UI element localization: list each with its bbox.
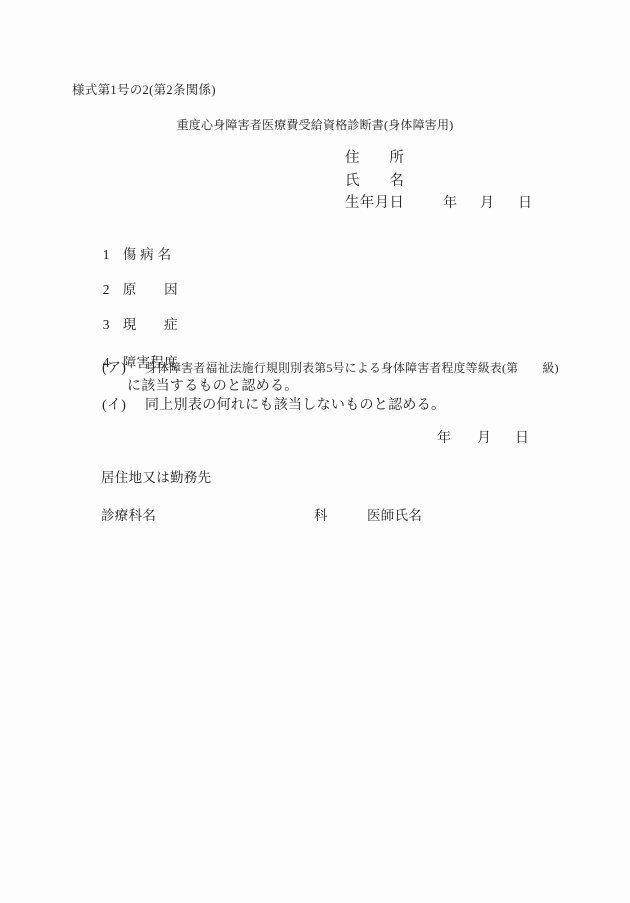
item-number-2: 2	[103, 282, 123, 298]
name-label: 氏 名	[345, 173, 404, 190]
option-a-marker: (ア)	[102, 361, 126, 377]
date-year-label: 年	[437, 431, 451, 447]
residence-label: 居住地又は勤務先	[101, 470, 211, 486]
birthdate-month-label: 月	[480, 196, 494, 212]
doctor-name-label: 医師氏名	[367, 508, 422, 524]
document-title: 重度心身障害者医療費受給資格診断書(身体障害用)	[0, 119, 630, 133]
option-b-text-line1: 同上別表の何れにも該当しないものと認める。	[145, 398, 445, 414]
item-label-cause: 原 因	[123, 282, 178, 297]
birthdate-day-label: 日	[518, 196, 532, 212]
item-number-3: 3	[103, 317, 123, 333]
date-day-label: 日	[515, 431, 529, 447]
address-label: 住 所	[345, 150, 404, 167]
item-number-1: 1	[103, 247, 123, 263]
department-unit-label: 科	[314, 508, 328, 524]
option-a-text-line1: 身体障害者福祉法施行規則別表第5号による身体障害者程度等級表(第 級)	[145, 362, 559, 376]
birthdate-label: 生年月日	[345, 195, 404, 212]
document-page: 様式第1号の2(第2条関係) 重度心身障害者医療費受給資格診断書(身体障害用) …	[0, 0, 630, 903]
option-b-marker: (イ)	[102, 398, 126, 414]
date-month-label: 月	[477, 431, 491, 447]
option-a-text-line2: に該当するものと認める。	[127, 379, 299, 395]
department-label: 診療科名	[101, 508, 156, 524]
item-label-symptoms: 現 症	[123, 317, 178, 332]
item-label-disease: 傷 病 名	[123, 247, 172, 262]
form-number: 様式第1号の2(第2条関係)	[72, 83, 216, 97]
birthdate-year-label: 年	[443, 196, 457, 212]
